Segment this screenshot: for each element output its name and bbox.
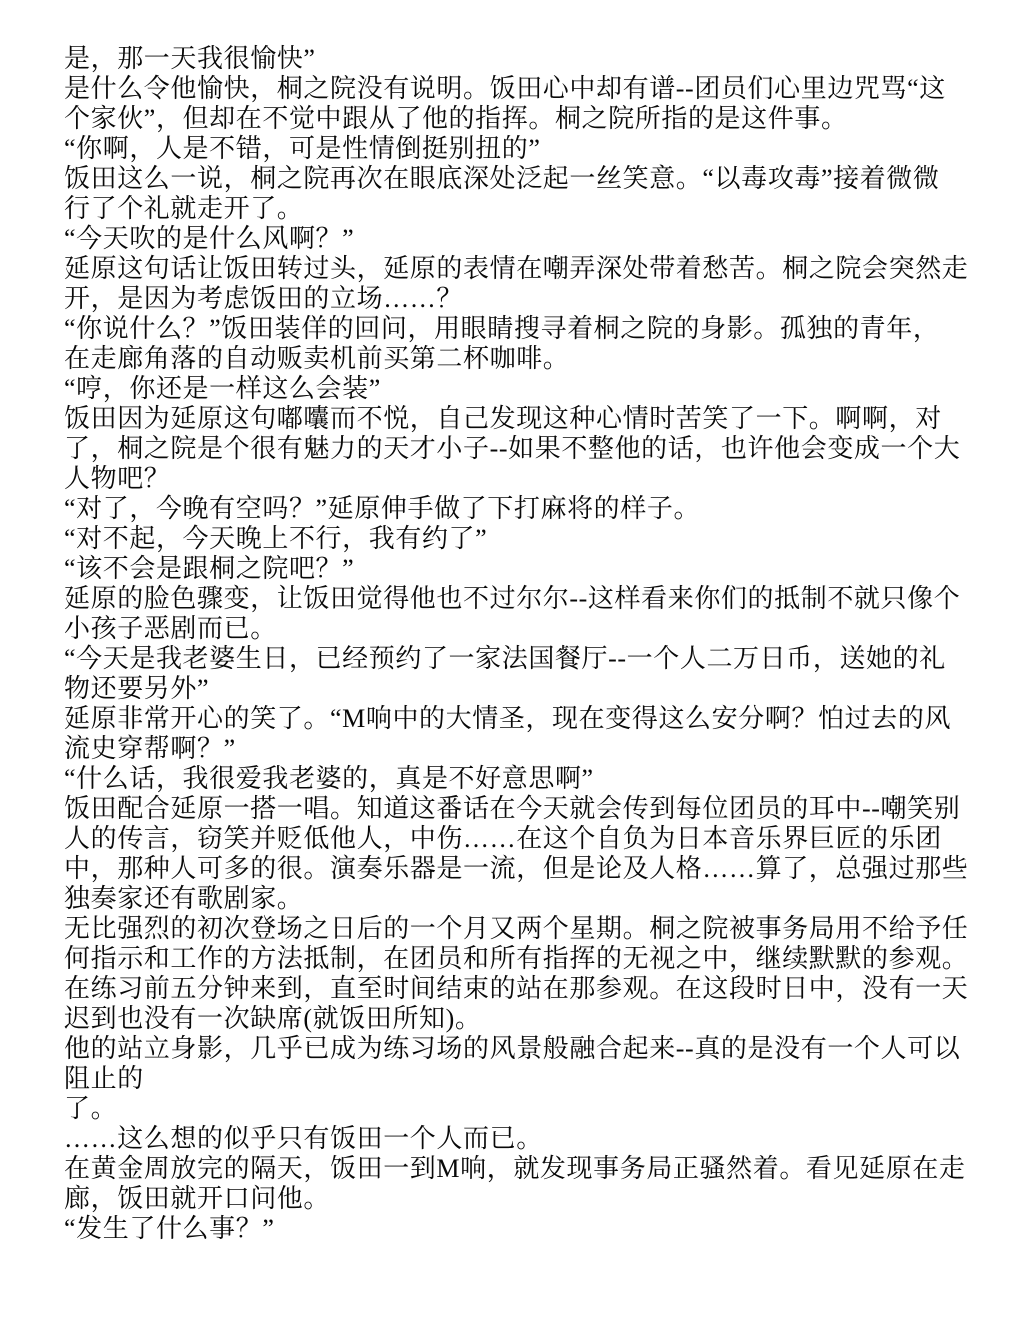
document-page: 是，那一天我很愉快” 是什么令他愉快，桐之院没有说明。饭田心中却有谱--团员们心…	[0, 0, 1021, 1321]
body-text: 是，那一天我很愉快” 是什么令他愉快，桐之院没有说明。饭田心中却有谱--团员们心…	[64, 44, 964, 1244]
